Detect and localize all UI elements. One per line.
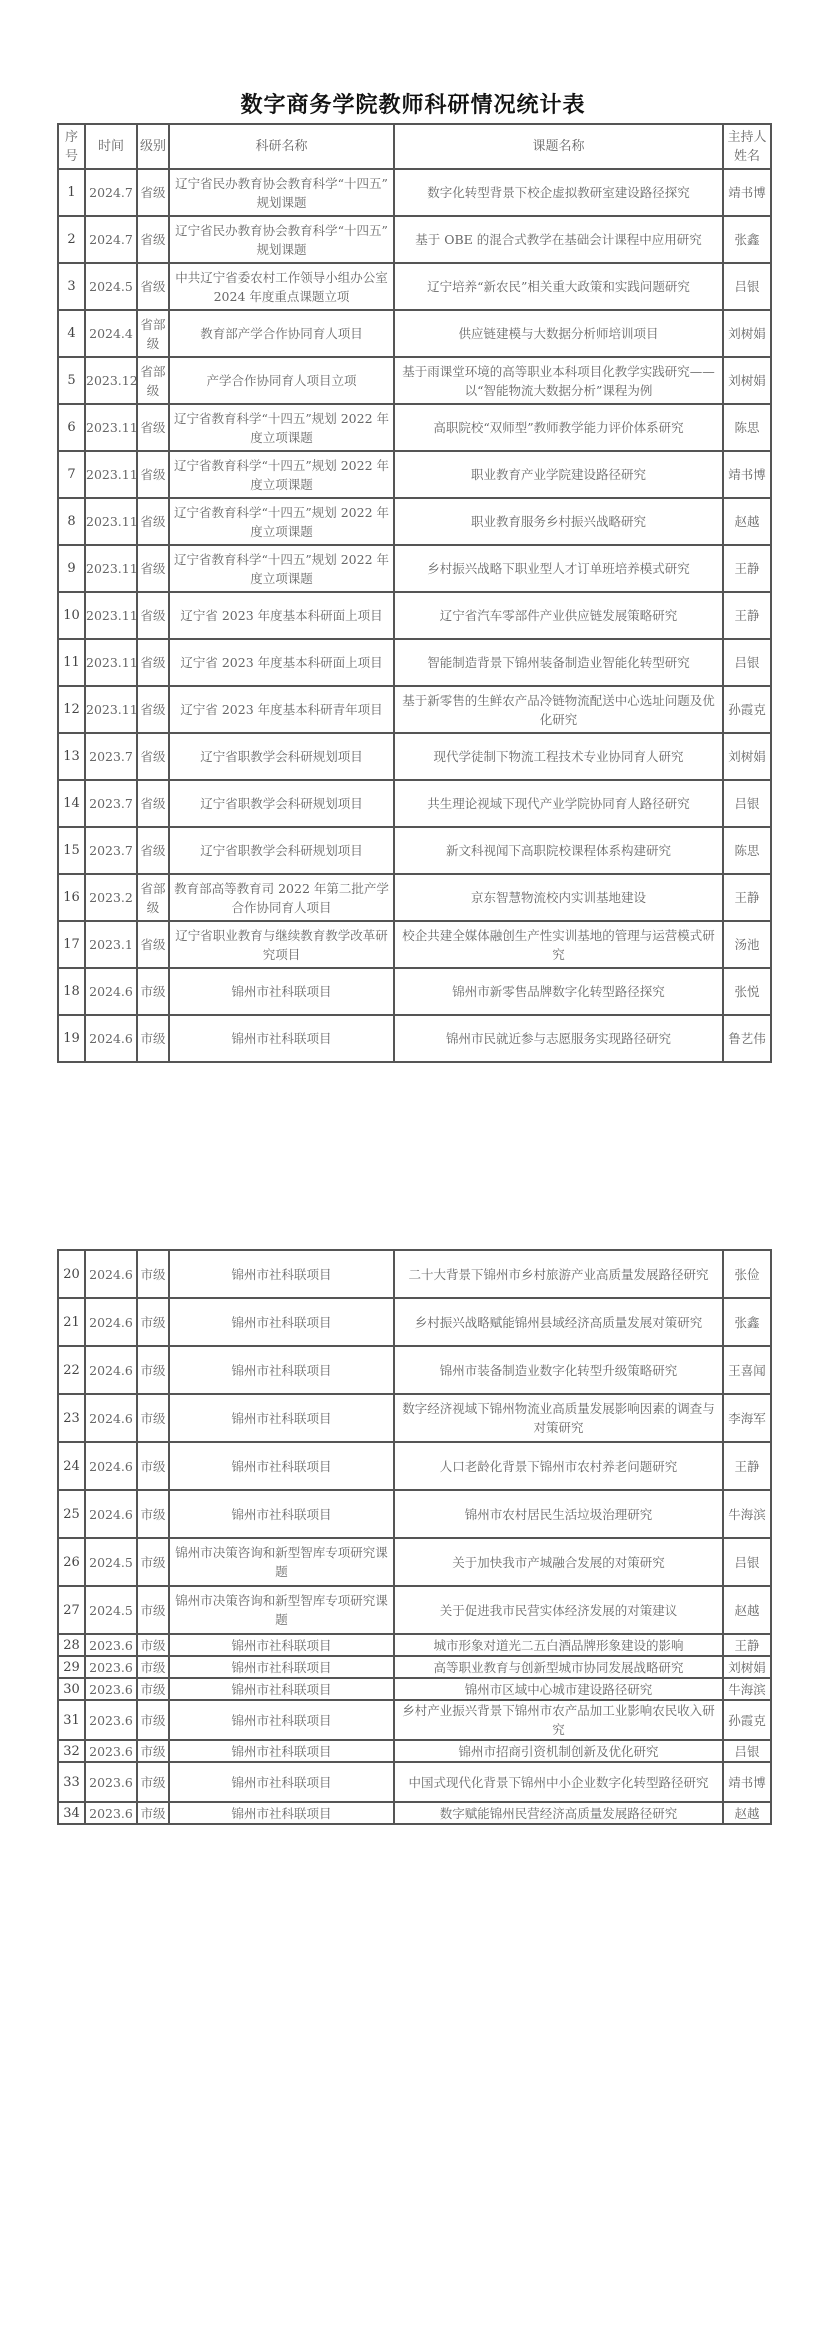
row-level: 市级 — [137, 1762, 169, 1802]
table-row: 192024.6市级锦州市社科联项目锦州市民就近参与志愿服务实现路径研究鲁艺伟 — [58, 1015, 771, 1062]
row-date: 2023.11 — [85, 404, 137, 451]
row-date: 2024.5 — [85, 1538, 137, 1586]
row-date: 2023.2 — [85, 874, 137, 921]
row-host: 牛海滨 — [723, 1678, 771, 1700]
row-topic-name: 智能制造背景下锦州装备制造业智能化转型研究 — [394, 639, 723, 686]
row-date: 2023.11 — [85, 592, 137, 639]
row-level: 市级 — [137, 1250, 169, 1298]
row-date: 2023.7 — [85, 780, 137, 827]
row-number: 13 — [58, 733, 85, 780]
row-topic-name: 数字化转型背景下校企虚拟教研室建设路径探究 — [394, 169, 723, 216]
row-project-name: 锦州市社科联项目 — [169, 1442, 394, 1490]
header-date: 时间 — [85, 124, 137, 169]
row-date: 2023.6 — [85, 1656, 137, 1678]
row-host: 刘树娟 — [723, 310, 771, 357]
row-date: 2023.6 — [85, 1678, 137, 1700]
row-date: 2024.4 — [85, 310, 137, 357]
table-row: 252024.6市级锦州市社科联项目锦州市农村居民生活垃圾治理研究牛海滨 — [58, 1490, 771, 1538]
row-project-name: 锦州市社科联项目 — [169, 968, 394, 1015]
row-topic-name: 职业教育服务乡村振兴战略研究 — [394, 498, 723, 545]
row-level: 市级 — [137, 1656, 169, 1678]
row-topic-name: 高等职业教育与创新型城市协同发展战略研究 — [394, 1656, 723, 1678]
row-topic-name: 新文科视闻下高职院校课程体系构建研究 — [394, 827, 723, 874]
row-number: 9 — [58, 545, 85, 592]
row-host: 汤池 — [723, 921, 771, 968]
row-number: 4 — [58, 310, 85, 357]
row-topic-name: 锦州市区域中心城市建设路径研究 — [394, 1678, 723, 1700]
row-project-name: 锦州市社科联项目 — [169, 1490, 394, 1538]
row-host: 刘树娟 — [723, 733, 771, 780]
row-level: 省级 — [137, 733, 169, 780]
row-number: 16 — [58, 874, 85, 921]
row-project-name: 辽宁省职教学会科研规划项目 — [169, 733, 394, 780]
table-row: 302023.6市级锦州市社科联项目锦州市区域中心城市建设路径研究牛海滨 — [58, 1678, 771, 1700]
row-topic-name: 京东智慧物流校内实训基地建设 — [394, 874, 723, 921]
row-topic-name: 数字赋能锦州民营经济高质量发展路径研究 — [394, 1802, 723, 1824]
row-project-name: 辽宁省民办教育协会教育科学“十四五” 规划课题 — [169, 216, 394, 263]
header-project-name: 科研名称 — [169, 124, 394, 169]
row-number: 28 — [58, 1634, 85, 1656]
row-number: 27 — [58, 1586, 85, 1634]
row-number: 8 — [58, 498, 85, 545]
row-host: 王静 — [723, 874, 771, 921]
row-level: 市级 — [137, 968, 169, 1015]
table-row: 32024.5省级中共辽宁省委农村工作领导小组办公室 2024 年度重点课题立项… — [58, 263, 771, 310]
table-row: 272024.5市级锦州市决策咨询和新型智库专项研究课题关于促进我市民营实体经济… — [58, 1586, 771, 1634]
row-number: 11 — [58, 639, 85, 686]
table-row: 92023.11省级辽宁省教育科学“十四五”规划 2022 年度立项课题乡村振兴… — [58, 545, 771, 592]
table-row: 162023.2省部级教育部高等教育司 2022 年第二批产学合作协同育人项目京… — [58, 874, 771, 921]
row-level: 省级 — [137, 639, 169, 686]
table-row: 102023.11省级辽宁省 2023 年度基本科研面上项目辽宁省汽车零部件产业… — [58, 592, 771, 639]
row-host: 陈思 — [723, 827, 771, 874]
row-level: 省级 — [137, 451, 169, 498]
table-header-row: 序号 时间 级别 科研名称 课题名称 主持人姓名 — [58, 124, 771, 169]
row-number: 18 — [58, 968, 85, 1015]
row-topic-name: 基于雨课堂环境的高等职业本科项目化教学实践研究——以“智能物流大数据分析”课程为… — [394, 357, 723, 404]
row-number: 29 — [58, 1656, 85, 1678]
row-date: 2024.6 — [85, 1346, 137, 1394]
row-number: 21 — [58, 1298, 85, 1346]
table-row: 22024.7省级辽宁省民办教育协会教育科学“十四五” 规划课题基于 OBE 的… — [58, 216, 771, 263]
table-row: 52023.12省部级产学合作协同育人项目立项基于雨课堂环境的高等职业本科项目化… — [58, 357, 771, 404]
table-row: 82023.11省级辽宁省教育科学“十四五”规划 2022 年度立项课题职业教育… — [58, 498, 771, 545]
table-row: 142023.7省级辽宁省职教学会科研规划项目共生理论视域下现代产业学院协同育人… — [58, 780, 771, 827]
table-row: 322023.6市级锦州市社科联项目锦州市招商引资机制创新及优化研究吕银 — [58, 1740, 771, 1762]
row-level: 省级 — [137, 686, 169, 733]
row-date: 2024.6 — [85, 1298, 137, 1346]
row-date: 2023.11 — [85, 498, 137, 545]
table-row: 292023.6市级锦州市社科联项目高等职业教育与创新型城市协同发展战略研究刘树… — [58, 1656, 771, 1678]
table-row: 152023.7省级辽宁省职教学会科研规划项目新文科视闻下高职院校课程体系构建研… — [58, 827, 771, 874]
table-row: 72023.11省级辽宁省教育科学“十四五”规划 2022 年度立项课题职业教育… — [58, 451, 771, 498]
research-table-part-1: 序号 时间 级别 科研名称 课题名称 主持人姓名 12024.7省级辽宁省民办教… — [57, 123, 772, 1063]
row-level: 市级 — [137, 1015, 169, 1062]
table-row: 62023.11省级辽宁省教育科学“十四五”规划 2022 年度立项课题高职院校… — [58, 404, 771, 451]
row-project-name: 产学合作协同育人项目立项 — [169, 357, 394, 404]
row-host: 吕银 — [723, 263, 771, 310]
row-number: 6 — [58, 404, 85, 451]
row-level: 市级 — [137, 1740, 169, 1762]
row-date: 2024.6 — [85, 1442, 137, 1490]
row-date: 2023.6 — [85, 1740, 137, 1762]
table-row: 172023.1省级辽宁省职业教育与继续教育教学改革研究项目校企共建全媒体融创生… — [58, 921, 771, 968]
row-topic-name: 辽宁省汽车零部件产业供应链发展策略研究 — [394, 592, 723, 639]
row-date: 2023.6 — [85, 1634, 137, 1656]
row-topic-name: 基于 OBE 的混合式教学在基础会计课程中应用研究 — [394, 216, 723, 263]
row-project-name: 辽宁省 2023 年度基本科研面上项目 — [169, 639, 394, 686]
row-level: 省级 — [137, 404, 169, 451]
row-level: 省部级 — [137, 310, 169, 357]
row-topic-name: 乡村产业振兴背景下锦州市农产品加工业影响农民收入研究 — [394, 1700, 723, 1740]
row-date: 2023.7 — [85, 827, 137, 874]
row-date: 2023.6 — [85, 1700, 137, 1740]
row-date: 2023.1 — [85, 921, 137, 968]
row-host: 靖书博 — [723, 451, 771, 498]
row-level: 市级 — [137, 1700, 169, 1740]
row-level: 省级 — [137, 263, 169, 310]
row-project-name: 锦州市决策咨询和新型智库专项研究课题 — [169, 1586, 394, 1634]
row-topic-name: 关于促进我市民营实体经济发展的对策建议 — [394, 1586, 723, 1634]
row-number: 20 — [58, 1250, 85, 1298]
row-level: 市级 — [137, 1442, 169, 1490]
row-number: 3 — [58, 263, 85, 310]
row-number: 12 — [58, 686, 85, 733]
row-number: 7 — [58, 451, 85, 498]
table-row: 282023.6市级锦州市社科联项目城市形象对道光二五白酒品牌形象建设的影响王静 — [58, 1634, 771, 1656]
row-level: 省级 — [137, 545, 169, 592]
row-host: 吕银 — [723, 1740, 771, 1762]
row-date: 2024.6 — [85, 1490, 137, 1538]
row-project-name: 辽宁省职业教育与继续教育教学改革研究项目 — [169, 921, 394, 968]
table-row: 232024.6市级锦州市社科联项目数字经济视域下锦州物流业高质量发展影响因素的… — [58, 1394, 771, 1442]
row-topic-name: 数字经济视域下锦州物流业高质量发展影响因素的调查与对策研究 — [394, 1394, 723, 1442]
row-level: 市级 — [137, 1634, 169, 1656]
row-level: 市级 — [137, 1394, 169, 1442]
row-host: 王静 — [723, 592, 771, 639]
row-date: 2024.7 — [85, 169, 137, 216]
research-table-part-2: 202024.6市级锦州市社科联项目二十大背景下锦州市乡村旅游产业高质量发展路径… — [57, 1249, 772, 1825]
row-project-name: 辽宁省教育科学“十四五”规划 2022 年度立项课题 — [169, 545, 394, 592]
row-project-name: 锦州市社科联项目 — [169, 1802, 394, 1824]
table-row: 12024.7省级辽宁省民办教育协会教育科学“十四五” 规划课题数字化转型背景下… — [58, 169, 771, 216]
row-project-name: 锦州市社科联项目 — [169, 1634, 394, 1656]
page-title: 数字商务学院教师科研情况统计表 — [0, 88, 826, 119]
row-date: 2023.11 — [85, 545, 137, 592]
row-number: 10 — [58, 592, 85, 639]
row-level: 市级 — [137, 1802, 169, 1824]
row-host: 孙霞克 — [723, 686, 771, 733]
row-number: 30 — [58, 1678, 85, 1700]
row-topic-name: 城市形象对道光二五白酒品牌形象建设的影响 — [394, 1634, 723, 1656]
row-project-name: 锦州市社科联项目 — [169, 1700, 394, 1740]
row-project-name: 锦州市社科联项目 — [169, 1346, 394, 1394]
row-host: 王静 — [723, 1634, 771, 1656]
row-project-name: 辽宁省职教学会科研规划项目 — [169, 780, 394, 827]
row-host: 吕银 — [723, 1538, 771, 1586]
row-project-name: 辽宁省 2023 年度基本科研青年项目 — [169, 686, 394, 733]
row-project-name: 锦州市社科联项目 — [169, 1656, 394, 1678]
row-number: 24 — [58, 1442, 85, 1490]
row-number: 23 — [58, 1394, 85, 1442]
row-level: 省级 — [137, 827, 169, 874]
row-host: 吕银 — [723, 639, 771, 686]
table-body-part-1: 12024.7省级辽宁省民办教育协会教育科学“十四五” 规划课题数字化转型背景下… — [58, 169, 771, 1062]
row-date: 2023.11 — [85, 639, 137, 686]
row-project-name: 教育部产学合作协同育人项目 — [169, 310, 394, 357]
row-topic-name: 职业教育产业学院建设路径研究 — [394, 451, 723, 498]
table-row: 202024.6市级锦州市社科联项目二十大背景下锦州市乡村旅游产业高质量发展路径… — [58, 1250, 771, 1298]
row-host: 张俭 — [723, 1250, 771, 1298]
row-topic-name: 基于新零售的生鲜农产品冷链物流配送中心选址问题及优化研究 — [394, 686, 723, 733]
row-date: 2023.11 — [85, 451, 137, 498]
row-host: 陈思 — [723, 404, 771, 451]
table-row: 182024.6市级锦州市社科联项目锦州市新零售品牌数字化转型路径探究张悦 — [58, 968, 771, 1015]
row-topic-name: 锦州市新零售品牌数字化转型路径探究 — [394, 968, 723, 1015]
row-project-name: 辽宁省教育科学“十四五”规划 2022 年度立项课题 — [169, 451, 394, 498]
row-host: 张鑫 — [723, 1298, 771, 1346]
row-number: 1 — [58, 169, 85, 216]
row-project-name: 中共辽宁省委农村工作领导小组办公室 2024 年度重点课题立项 — [169, 263, 394, 310]
row-number: 32 — [58, 1740, 85, 1762]
row-project-name: 锦州市决策咨询和新型智库专项研究课题 — [169, 1538, 394, 1586]
row-project-name: 锦州市社科联项目 — [169, 1015, 394, 1062]
row-host: 吕银 — [723, 780, 771, 827]
row-host: 王喜闻 — [723, 1346, 771, 1394]
row-project-name: 辽宁省教育科学“十四五”规划 2022 年度立项课题 — [169, 404, 394, 451]
row-number: 31 — [58, 1700, 85, 1740]
row-topic-name: 高职院校“双师型”教师教学能力评价体系研究 — [394, 404, 723, 451]
row-host: 赵越 — [723, 498, 771, 545]
row-number: 22 — [58, 1346, 85, 1394]
row-number: 14 — [58, 780, 85, 827]
table-row: 222024.6市级锦州市社科联项目锦州市装备制造业数字化转型升级策略研究王喜闻 — [58, 1346, 771, 1394]
row-date: 2024.6 — [85, 1250, 137, 1298]
row-project-name: 辽宁省教育科学“十四五”规划 2022 年度立项课题 — [169, 498, 394, 545]
table-row: 122023.11省级辽宁省 2023 年度基本科研青年项目基于新零售的生鲜农产… — [58, 686, 771, 733]
row-project-name: 锦州市社科联项目 — [169, 1678, 394, 1700]
row-level: 省级 — [137, 498, 169, 545]
row-level: 市级 — [137, 1298, 169, 1346]
table-row: 42024.4省部级教育部产学合作协同育人项目供应链建模与大数据分析师培训项目刘… — [58, 310, 771, 357]
row-topic-name: 乡村振兴战略下职业型人才订单班培养模式研究 — [394, 545, 723, 592]
row-topic-name: 中国式现代化背景下锦州中小企业数字化转型路径研究 — [394, 1762, 723, 1802]
row-number: 19 — [58, 1015, 85, 1062]
row-project-name: 辽宁省 2023 年度基本科研面上项目 — [169, 592, 394, 639]
row-topic-name: 乡村振兴战略赋能锦州县域经济高质量发展对策研究 — [394, 1298, 723, 1346]
row-host: 王静 — [723, 545, 771, 592]
table-row: 112023.11省级辽宁省 2023 年度基本科研面上项目智能制造背景下锦州装… — [58, 639, 771, 686]
row-host: 赵越 — [723, 1586, 771, 1634]
table-row: 132023.7省级辽宁省职教学会科研规划项目现代学徒制下物流工程技术专业协同育… — [58, 733, 771, 780]
row-project-name: 锦州市社科联项目 — [169, 1762, 394, 1802]
row-date: 2023.7 — [85, 733, 137, 780]
row-level: 省部级 — [137, 874, 169, 921]
row-topic-name: 锦州市农村居民生活垃圾治理研究 — [394, 1490, 723, 1538]
row-level: 省级 — [137, 780, 169, 827]
row-topic-name: 共生理论视域下现代产业学院协同育人路径研究 — [394, 780, 723, 827]
header-topic-name: 课题名称 — [394, 124, 723, 169]
row-level: 市级 — [137, 1346, 169, 1394]
row-date: 2023.12 — [85, 357, 137, 404]
row-level: 省级 — [137, 216, 169, 263]
row-date: 2023.6 — [85, 1802, 137, 1824]
row-level: 市级 — [137, 1538, 169, 1586]
table-row: 332023.6市级锦州市社科联项目中国式现代化背景下锦州中小企业数字化转型路径… — [58, 1762, 771, 1802]
row-date: 2024.5 — [85, 1586, 137, 1634]
header-no: 序号 — [58, 124, 85, 169]
row-number: 2 — [58, 216, 85, 263]
row-level: 省部级 — [137, 357, 169, 404]
row-topic-name: 辽宁培养“新农民”相关重大政策和实践问题研究 — [394, 263, 723, 310]
header-host: 主持人姓名 — [723, 124, 771, 169]
row-host: 鲁艺伟 — [723, 1015, 771, 1062]
row-topic-name: 锦州市招商引资机制创新及优化研究 — [394, 1740, 723, 1762]
row-project-name: 锦州市社科联项目 — [169, 1250, 394, 1298]
row-date: 2023.6 — [85, 1762, 137, 1802]
row-project-name: 锦州市社科联项目 — [169, 1394, 394, 1442]
row-topic-name: 关于加快我市产城融合发展的对策研究 — [394, 1538, 723, 1586]
row-number: 34 — [58, 1802, 85, 1824]
row-project-name: 锦州市社科联项目 — [169, 1740, 394, 1762]
row-level: 市级 — [137, 1490, 169, 1538]
row-topic-name: 供应链建模与大数据分析师培训项目 — [394, 310, 723, 357]
table-row: 242024.6市级锦州市社科联项目人口老龄化背景下锦州市农村养老问题研究王静 — [58, 1442, 771, 1490]
row-project-name: 辽宁省职教学会科研规划项目 — [169, 827, 394, 874]
row-date: 2024.5 — [85, 263, 137, 310]
row-topic-name: 人口老龄化背景下锦州市农村养老问题研究 — [394, 1442, 723, 1490]
row-host: 靖书博 — [723, 169, 771, 216]
row-topic-name: 现代学徒制下物流工程技术专业协同育人研究 — [394, 733, 723, 780]
row-level: 市级 — [137, 1586, 169, 1634]
row-project-name: 锦州市社科联项目 — [169, 1298, 394, 1346]
row-number: 15 — [58, 827, 85, 874]
row-host: 张悦 — [723, 968, 771, 1015]
row-number: 25 — [58, 1490, 85, 1538]
row-host: 牛海滨 — [723, 1490, 771, 1538]
row-host: 孙霞克 — [723, 1700, 771, 1740]
row-number: 33 — [58, 1762, 85, 1802]
row-topic-name: 校企共建全媒体融创生产性实训基地的管理与运营模式研究 — [394, 921, 723, 968]
table-row: 262024.5市级锦州市决策咨询和新型智库专项研究课题关于加快我市产城融合发展… — [58, 1538, 771, 1586]
row-level: 省级 — [137, 169, 169, 216]
row-host: 赵越 — [723, 1802, 771, 1824]
row-topic-name: 锦州市民就近参与志愿服务实现路径研究 — [394, 1015, 723, 1062]
row-host: 李海军 — [723, 1394, 771, 1442]
row-number: 5 — [58, 357, 85, 404]
row-date: 2024.6 — [85, 1015, 137, 1062]
table-body-part-2: 202024.6市级锦州市社科联项目二十大背景下锦州市乡村旅游产业高质量发展路径… — [58, 1250, 771, 1824]
row-level: 市级 — [137, 1678, 169, 1700]
row-number: 17 — [58, 921, 85, 968]
row-topic-name: 锦州市装备制造业数字化转型升级策略研究 — [394, 1346, 723, 1394]
table-row: 212024.6市级锦州市社科联项目乡村振兴战略赋能锦州县域经济高质量发展对策研… — [58, 1298, 771, 1346]
row-host: 刘树娟 — [723, 1656, 771, 1678]
row-project-name: 教育部高等教育司 2022 年第二批产学合作协同育人项目 — [169, 874, 394, 921]
row-level: 省级 — [137, 921, 169, 968]
row-date: 2024.6 — [85, 1394, 137, 1442]
row-host: 王静 — [723, 1442, 771, 1490]
row-date: 2023.11 — [85, 686, 137, 733]
row-host: 靖书博 — [723, 1762, 771, 1802]
row-host: 刘树娟 — [723, 357, 771, 404]
row-project-name: 辽宁省民办教育协会教育科学“十四五” 规划课题 — [169, 169, 394, 216]
row-date: 2024.7 — [85, 216, 137, 263]
header-level: 级别 — [137, 124, 169, 169]
table-row: 312023.6市级锦州市社科联项目乡村产业振兴背景下锦州市农产品加工业影响农民… — [58, 1700, 771, 1740]
row-host: 张鑫 — [723, 216, 771, 263]
row-level: 省级 — [137, 592, 169, 639]
row-number: 26 — [58, 1538, 85, 1586]
table-row: 342023.6市级锦州市社科联项目数字赋能锦州民营经济高质量发展路径研究赵越 — [58, 1802, 771, 1824]
row-topic-name: 二十大背景下锦州市乡村旅游产业高质量发展路径研究 — [394, 1250, 723, 1298]
row-date: 2024.6 — [85, 968, 137, 1015]
